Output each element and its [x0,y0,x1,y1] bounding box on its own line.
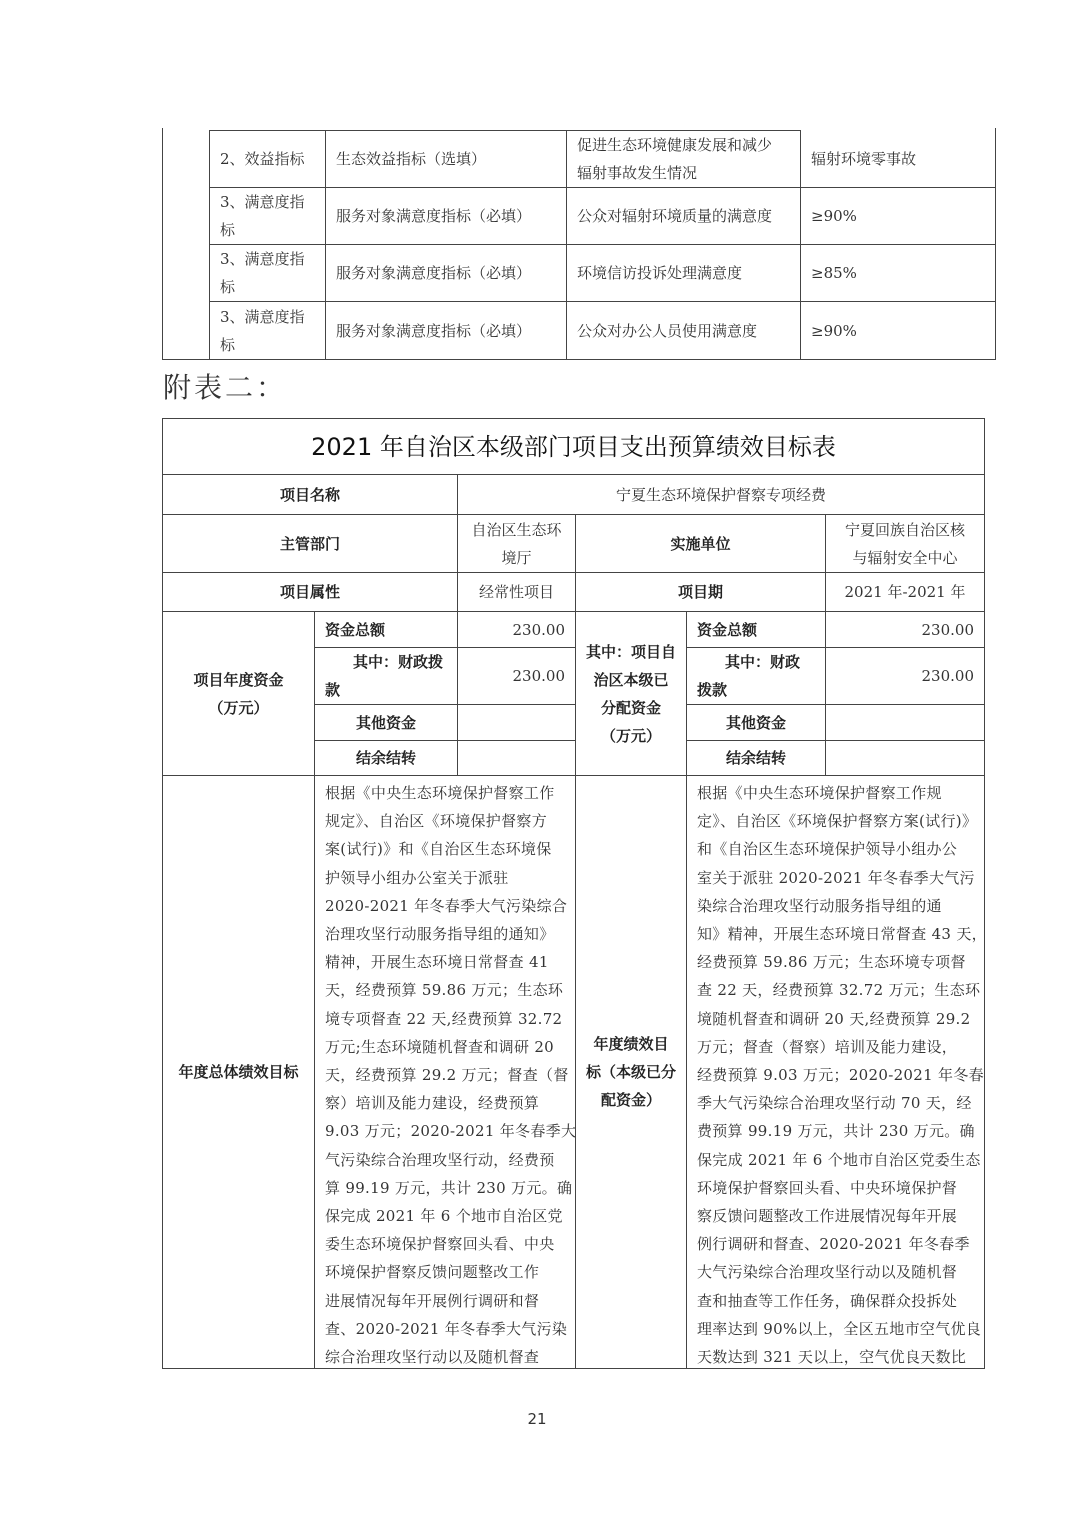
annual-funds-label: 项目年度资金 （万元） [163,612,314,775]
appendix-label: 附表二： [163,366,287,410]
carryover-value [458,741,575,775]
indicator-name-cell: 公众对办公人员使用满意度 [567,302,800,359]
dept-value: 自治区生态环 境厅 [458,515,575,572]
indicator-sub-cell: 生态效益指标（选填） [326,131,566,187]
indicator-level-cell: 3、满意度指 标 [210,302,325,359]
allocated-other-label: 其他资金 [687,705,825,740]
allocated-total-label: 资金总额 [687,612,825,647]
allocated-total-value: 230.00 [826,612,984,647]
allocated-funds-label: 其中：项目自 治区本级已 分配资金 （万元） [576,612,686,775]
other-funds-value [458,705,575,740]
indicator-level-cell: 2、效益指标 [210,131,325,187]
total-funds-label: 资金总额 [315,612,457,647]
indicator-sub-cell: 服务对象满意度指标（必填） [326,188,566,244]
attr-value: 经常性项目 [458,573,575,611]
period-label: 项目期 [576,573,825,611]
allocated-goal-label: 年度绩效目 标（本级已分 配资金） [576,776,686,1368]
total-funds-value: 230.00 [458,612,575,647]
indicator-value-cell: ≥85% [801,245,995,301]
fiscal-funds-value: 230.00 [458,648,575,704]
indicator-value-cell: 辐射环境零事故 [801,131,995,187]
allocated-carryover-label: 结余结转 [687,741,825,775]
indicator-name-cell: 公众对辐射环境质量的满意度 [567,188,800,244]
annual-goal-text: 根据《中央生态环境保护督察工作 规定》、自治区《环境保护督察方 案(试行)》和《… [315,776,575,1368]
impl-unit-value: 宁夏回族自治区核 与辐射安全中心 [826,515,984,572]
indicator-level-cell: 3、满意度指 标 [210,188,325,244]
impl-unit-label: 实施单位 [576,515,825,572]
allocated-carryover-value [826,741,984,775]
annual-goal-label: 年度总体绩效目标 [163,776,314,1368]
indicator-sub-cell: 服务对象满意度指标（必填） [326,302,566,359]
allocated-fiscal-label: 其中：财政 拨款 [687,648,825,704]
project-name-value: 宁夏生态环境保护督察专项经费 [458,475,984,514]
period-value: 2021 年-2021 年 [826,573,984,611]
allocated-goal-text: 根据《中央生态环境保护督察工作规 定》、自治区《环境保护督察方案(试行)》 和《… [687,776,984,1368]
carryover-label: 结余结转 [315,741,457,775]
allocated-other-value [826,705,984,740]
allocated-fiscal-value: 230.00 [826,648,984,704]
page-number: 21 [517,1410,557,1428]
indicator-name-cell: 环境信访投诉处理满意度 [567,245,800,301]
attr-label: 项目属性 [163,573,457,611]
other-funds-label: 其他资金 [315,705,457,740]
indicator-value-cell: ≥90% [801,302,995,359]
form-title: 2021 年自治区本级部门项目支出预算绩效目标表 [163,419,984,474]
indicator-sub-cell: 服务对象满意度指标（必填） [326,245,566,301]
indicator-value-cell: ≥90% [801,188,995,244]
dept-label: 主管部门 [163,515,457,572]
indicator-level-cell: 3、满意度指 标 [210,245,325,301]
fiscal-funds-label: 其中：财政拨 款 [315,648,457,704]
indicator-name-cell: 促进生态环境健康发展和减少 辐射事故发生情况 [567,131,800,187]
project-name-label: 项目名称 [163,475,457,514]
